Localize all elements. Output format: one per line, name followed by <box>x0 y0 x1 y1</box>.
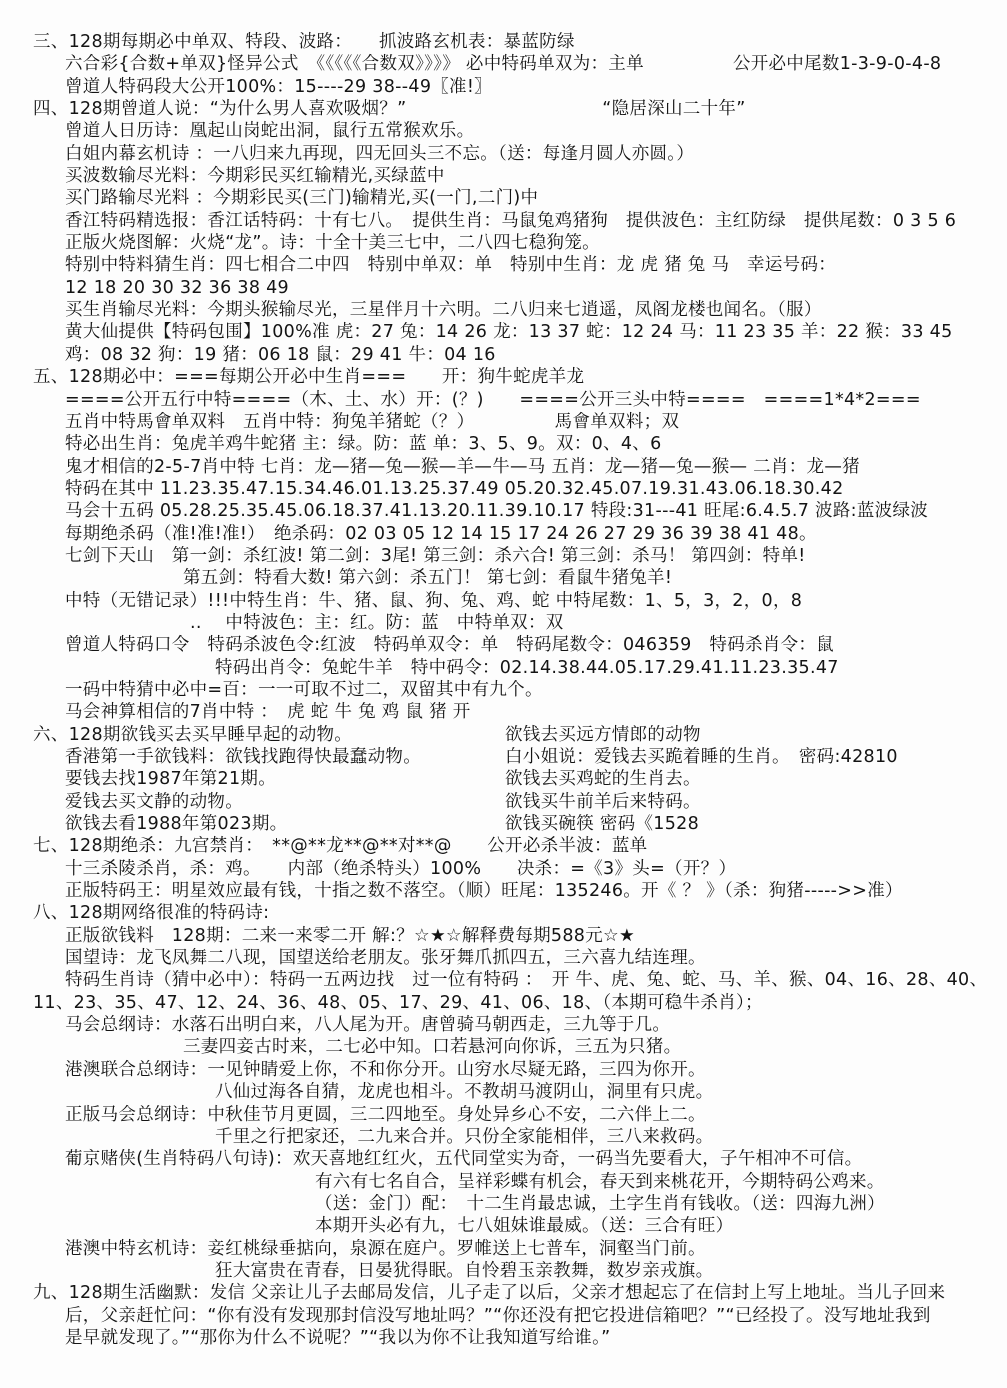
line-text-right-column: 欲钱去买远方情郎的动物 <box>505 724 701 746</box>
text-line-25: 第五剑：特看大数! 第六剑：杀五门！ 第七剑：看鼠牛猪兔羊! <box>0 567 1007 589</box>
line-text: 八仙过海各自猜，龙虎也相斗。不教胡马渡阴山，洞里有只虎。 <box>215 1082 713 1102</box>
text-line-6: 白姐内幕玄机诗 ：一八归来九再现，四无回头三不忘。（送：每逢月圆人亦圆。） <box>0 143 1007 165</box>
text-line-4: 四、128期曾道人说：“为什么男人喜欢吸烟？” “隐居深山二十年” <box>0 98 1007 120</box>
line-text: 正版马会总纲诗：中秋佳节月更圆，三二四地至。身处异乡心不安，二六伴上二。 <box>65 1105 706 1125</box>
line-text: 四、128期曾道人说：“为什么男人喜欢吸烟？” “隐居深山二十年” <box>33 99 746 119</box>
text-line-19: 特必出生肖：兔虎羊鸡牛蛇猪 主：绿。防：蓝 单：3、5、9。双：0、4、6 <box>0 433 1007 455</box>
line-text: 欲钱去看1988年第023期。 <box>65 814 287 834</box>
line-text: 有六有七名自合，呈祥彩蝶有机会，春天到来桃花开，今期特码公鸡来。 <box>315 1172 885 1192</box>
text-line-7: 买波数输尽光料：今期彩民买红输精光,买绿蓝中 <box>0 165 1007 187</box>
text-line-40: 八、128期网络很准的特码诗: <box>0 902 1007 924</box>
line-text: 七、128期绝杀：九宫禁肖： **@**龙**@**对**@ 公开必杀半波：蓝单 <box>33 836 647 856</box>
text-line-20: 鬼才相信的2-5-7肖中特 七肖：龙—猪—兔—猴—羊—牛—马 五肖：龙—猪—兔—… <box>0 456 1007 478</box>
text-line-51: 葡京赌侠(生肖特码八句诗)：欢天喜地红红火，五代同堂实为奇，一码当先要看大，子午… <box>0 1148 1007 1170</box>
line-text: 三、128期每期必中单双、特段、波路： 抓波路玄机表：暴蓝防绿 <box>33 32 575 52</box>
line-text: 每期绝杀码（准!准!准!） 绝杀码：02 03 05 12 14 15 17 2… <box>65 524 817 544</box>
line-text: 千里之行把家还，二九来合并。只份全家能相伴，三八来救码。 <box>215 1127 713 1147</box>
line-text: 特必出生肖：兔虎羊鸡牛蛇猪 主：绿。防：蓝 单：3、5、9。双：0、4、6 <box>65 434 662 454</box>
line-text: 港澳中特玄机诗：妾红桃绿垂掂向，泉源在庭户。罗帷送上七普车，洞壑当门前。 <box>65 1239 706 1259</box>
line-text: 黄大仙提供【特码包围】100%准 虎：27 兔：14 26 龙：13 37 蛇：… <box>65 322 953 342</box>
text-line-26: 中特（无错记录）!!!中特生肖：牛、猪、鼠、狗、兔、鸡、蛇 中特尾数：1、5，3… <box>0 590 1007 612</box>
line-text: 是早就发现了。”“那你为什么不说呢？”“我以为你不让我知道写给谁。” <box>65 1328 611 1348</box>
text-line-49: 正版马会总纲诗：中秋佳节月更圆，三二四地至。身处异乡心不安，二六伴上二。 <box>0 1104 1007 1126</box>
text-line-28: 曾道人特码口令 特码杀波色令:红波 特码单双令：单 特码尾数令：046359 特… <box>0 634 1007 656</box>
line-text-right-column: 白小姐说：爱钱去买跪着睡的生肖。 密码:42810 <box>505 746 898 768</box>
text-line-15: 鸡：08 32 狗：19 猪：06 18 鼠：29 41 牛：04 16 <box>0 344 1007 366</box>
line-text: 六、128期欲钱买去买早睡早起的动物。 <box>33 725 352 745</box>
text-line-59: 是早就发现了。”“那你为什么不说呢？”“我以为你不让我知道写给谁。” <box>0 1327 1007 1349</box>
text-line-16: 五、128期必中：===每期公开必中生肖=== 开：狗牛蛇虎羊龙 <box>0 366 1007 388</box>
line-text: 九、128期生活幽默：发信 父亲让儿子去邮局发信，儿子走了以后，父亲才想起忘了在… <box>33 1283 945 1303</box>
line-text: 一码中特猜中必中=百：一一可取不过二，双留其中有九个。 <box>65 680 543 700</box>
text-line-54: 本期开头必有九，七八姐妹谁最威。（送：三合有旺） <box>0 1215 1007 1237</box>
line-text: 正版欲钱料 128期：二来一来零二开 解:？☆★☆解释费每期588元☆★ <box>65 926 635 946</box>
text-line-14: 黄大仙提供【特码包围】100%准 虎：27 兔：14 26 龙：13 37 蛇：… <box>0 321 1007 343</box>
text-line-1: 三、128期每期必中单双、特段、波路： 抓波路玄机表：暴蓝防绿 <box>0 31 1007 53</box>
line-text: 五肖中特馬會单双料 五肖中特：狗兔羊猪蛇（？） 馬會单双料；双 <box>65 412 679 432</box>
line-text: 第五剑：特看大数! 第六剑：杀五门！ 第七剑：看鼠牛猪兔羊! <box>183 568 672 588</box>
text-line-31: 马会神算相信的7肖中特 ： 虎 蛇 牛 兔 鸡 鼠 猪 开 <box>0 701 1007 723</box>
line-text: 曾道人日历诗：凰起山岗蛇出洞，鼠行五常猴欢乐。 <box>65 121 474 141</box>
text-line-43: 特码生肖诗（猜中必中）：特码一五两边找 过一位有特码 ： 开 牛、虎、兔、蛇、马… <box>0 969 1007 991</box>
line-text: 买门路输尽光料 ：今期彩民买(三门)输精光,买(一门,二门)中 <box>65 188 538 208</box>
text-line-30: 一码中特猜中必中=百：一一可取不过二，双留其中有九个。 <box>0 679 1007 701</box>
line-text: 马会十五码 05.28.25.35.45.06.18.37.41.13.20.1… <box>65 501 928 521</box>
line-text: 特码生肖诗（猜中必中）：特码一五两边找 过一位有特码 ： 开 牛、虎、兔、蛇、马… <box>65 970 987 990</box>
line-text: 六合彩{合数+单双}怪异公式 《《《《《合数双》》》》 必中特码单双为：主单 公… <box>65 54 941 74</box>
line-text-right-column: 欲钱去买鸡蛇的生肖去。 <box>505 768 701 790</box>
text-line-47: 港澳联合总纲诗：一见钟睛爱上你，不和你分开。山穷水尽疑无路，三四为你开。 <box>0 1059 1007 1081</box>
text-line-46: 三妻四妾古时来，二七必中知。口若悬河向你诉，三五为只猪。 <box>0 1036 1007 1058</box>
text-line-50: 千里之行把家还，二九来合并。只份全家能相伴，三八来救码。 <box>0 1126 1007 1148</box>
text-line-33: 香港第一手欲钱料：欲钱找跑得快最蠢动物。白小姐说：爱钱去买跪着睡的生肖。 密码:… <box>0 746 1007 768</box>
text-line-36: 欲钱去看1988年第023期。欲钱买碗筷 密码《1528 <box>0 813 1007 835</box>
line-text: 鬼才相信的2-5-7肖中特 七肖：龙—猪—兔—猴—羊—牛—马 五肖：龙—猪—兔—… <box>65 457 860 477</box>
line-text: 国望诗：龙飞凤舞二八现，国望送给老朋友。张牙舞爪抓四五，三六喜九结连理。 <box>65 948 706 968</box>
line-text-right-column: 欲钱买碗筷 密码《1528 <box>505 813 699 835</box>
text-line-27: .. 中特波色：主：红。防：蓝 中特单双：双 <box>0 612 1007 634</box>
line-text: 特码出肖令：兔蛇牛羊 特中码令：02.14.38.44.05.17.29.41.… <box>215 658 839 678</box>
line-text: 正版特码王：明星效应最有钱，十指之数不落空。（顺）旺尾：135246。开《 ？ … <box>65 881 903 901</box>
line-text: 马会总纲诗：水落石出明白来，八人尾为开。唐曾骑马朝西走，三九等于几。 <box>65 1015 670 1035</box>
line-text: 三妻四妾古时来，二七必中知。口若悬河向你诉，三五为只猪。 <box>183 1037 681 1057</box>
text-line-11: 特别中特料猜生肖：四七相合二中四 特别中单双：单 特别中生肖：龙 虎 猪 兔 马… <box>0 254 1007 276</box>
text-line-34: 要钱去找1987年第21期。欲钱去买鸡蛇的生肖去。 <box>0 768 1007 790</box>
line-text: .. 中特波色：主：红。防：蓝 中特单双：双 <box>190 613 564 633</box>
text-line-45: 马会总纲诗：水落石出明白来，八人尾为开。唐曾骑马朝西走，三九等于几。 <box>0 1014 1007 1036</box>
line-text: 五、128期必中：===每期公开必中生肖=== 开：狗牛蛇虎羊龙 <box>33 367 584 387</box>
text-line-37: 七、128期绝杀：九宫禁肖： **@**龙**@**对**@ 公开必杀半波：蓝单 <box>0 835 1007 857</box>
text-line-10: 正版火烧图解：火烧“龙”。诗：十全十美三七中，二八四七稳狗笼。 <box>0 232 1007 254</box>
text-line-55: 港澳中特玄机诗：妾红桃绿垂掂向，泉源在庭户。罗帷送上七普车，洞壑当门前。 <box>0 1238 1007 1260</box>
line-text: 爱钱去买文静的动物。 <box>65 792 243 812</box>
text-line-58: 后，父亲赶忙问：“你有没有发现那封信没写地址吗？”“你还没有把它投进信箱吧？”“… <box>0 1305 1007 1327</box>
text-line-29: 特码出肖令：兔蛇牛羊 特中码令：02.14.38.44.05.17.29.41.… <box>0 657 1007 679</box>
text-line-42: 国望诗：龙飞凤舞二八现，国望送给老朋友。张牙舞爪抓四五，三六喜九结连理。 <box>0 947 1007 969</box>
text-line-52: 有六有七名自合，呈祥彩蝶有机会，春天到来桃花开，今期特码公鸡来。 <box>0 1171 1007 1193</box>
text-line-18: 五肖中特馬會单双料 五肖中特：狗兔羊猪蛇（？） 馬會单双料；双 <box>0 411 1007 433</box>
line-text: 港澳联合总纲诗：一见钟睛爱上你，不和你分开。山穷水尽疑无路，三四为你开。 <box>65 1060 706 1080</box>
text-line-21: 特码在其中 11.23.35.47.15.34.46.01.13.25.37.4… <box>0 478 1007 500</box>
text-line-2: 六合彩{合数+单双}怪异公式 《《《《《合数双》》》》 必中特码单双为：主单 公… <box>0 53 1007 75</box>
line-text: 特别中特料猜生肖：四七相合二中四 特别中单双：单 特别中生肖：龙 虎 猪 兔 马… <box>65 255 836 275</box>
text-line-5: 曾道人日历诗：凰起山岗蛇出洞，鼠行五常猴欢乐。 <box>0 120 1007 142</box>
line-text: 香港第一手欲钱料：欲钱找跑得快最蠢动物。 <box>65 747 421 767</box>
line-text: 马会神算相信的7肖中特 ： 虎 蛇 牛 兔 鸡 鼠 猪 开 <box>65 702 471 722</box>
line-text: 白姐内幕玄机诗 ：一八归来九再现，四无回头三不忘。（送：每逢月圆人亦圆。） <box>65 144 694 164</box>
line-text: 特码在其中 11.23.35.47.15.34.46.01.13.25.37.4… <box>65 479 844 499</box>
line-text: 八、128期网络很准的特码诗: <box>33 903 269 923</box>
text-line-22: 马会十五码 05.28.25.35.45.06.18.37.41.13.20.1… <box>0 500 1007 522</box>
line-text: 后，父亲赶忙问：“你有没有发现那封信没写地址吗？”“你还没有把它投进信箱吧？”“… <box>65 1306 931 1326</box>
line-text: 七剑下天山 第一剑：杀红波! 第二剑：3尾! 第三剑：杀六合! 第三剑：杀马！ … <box>65 546 806 566</box>
line-text: 曾道人特码口令 特码杀波色令:红波 特码单双令：单 特码尾数令：046359 特… <box>65 635 834 655</box>
text-line-12: 12 18 20 30 32 36 38 49 <box>0 277 1007 299</box>
text-line-41: 正版欲钱料 128期：二来一来零二开 解:？☆★☆解释费每期588元☆★ <box>0 925 1007 947</box>
line-text: 鸡：08 32 狗：19 猪：06 18 鼠：29 41 牛：04 16 <box>65 345 496 365</box>
lottery-tip-sheet: 三、128期每期必中单双、特段、波路： 抓波路玄机表：暴蓝防绿六合彩{合数+单双… <box>0 0 1007 1388</box>
text-line-32: 六、128期欲钱买去买早睡早起的动物。欲钱去买远方情郎的动物 <box>0 724 1007 746</box>
text-line-23: 每期绝杀码（准!准!准!） 绝杀码：02 03 05 12 14 15 17 2… <box>0 523 1007 545</box>
text-line-57: 九、128期生活幽默：发信 父亲让儿子去邮局发信，儿子走了以后，父亲才想起忘了在… <box>0 1282 1007 1304</box>
text-line-56: 狂大富贵在青春，日晏犹得眠。自怜碧玉亲教舞，数岁亲戎旗。 <box>0 1260 1007 1282</box>
line-text: ====公开五行中特====（木、土、水）开：(？) ====公开三头中特===… <box>65 390 921 410</box>
line-text: 本期开头必有九，七八姐妹谁最威。（送：三合有旺） <box>315 1216 733 1236</box>
text-line-13: 买生肖输尽光料：今期头猴输尽光，三星伴月十六明。二八归来七逍遥，凤阁龙楼也闻名。… <box>0 299 1007 321</box>
text-line-53: （送：金门）配： 十二生肖最忠诚，土字生肖有钱收。（送：四海九洲） <box>0 1193 1007 1215</box>
line-text-right-column: 欲钱买牛前羊后来特码。 <box>505 791 701 813</box>
text-line-38: 十三杀陵杀肖，杀：鸡。 内部（绝杀特头）100% 决杀：=《3》头=（开？） <box>0 858 1007 880</box>
line-text: 十三杀陵杀肖，杀：鸡。 内部（绝杀特头）100% 决杀：=《3》头=（开？） <box>65 859 736 879</box>
document-body: 三、128期每期必中单双、特段、波路： 抓波路玄机表：暴蓝防绿六合彩{合数+单双… <box>0 0 1007 1349</box>
text-line-3: 曾道人特码段大公开100%：15----29 38--49〖准!〗 <box>0 76 1007 98</box>
text-line-9: 香江特码精选报：香江话特码：十有七八。 提供生肖：马鼠兔鸡猪狗 提供波色：主红防… <box>0 210 1007 232</box>
text-line-35: 爱钱去买文静的动物。欲钱买牛前羊后来特码。 <box>0 791 1007 813</box>
line-text: 葡京赌侠(生肖特码八句诗)：欢天喜地红红火，五代同堂实为奇，一码当先要看大，子午… <box>65 1149 862 1169</box>
line-text: 11、23、35、47、12、24、36、48、05、17、29、41、06、1… <box>33 993 763 1013</box>
line-text: 中特（无错记录）!!!中特生肖：牛、猪、鼠、狗、兔、鸡、蛇 中特尾数：1、5，3… <box>65 591 802 611</box>
text-line-39: 正版特码王：明星效应最有钱，十指之数不落空。（顺）旺尾：135246。开《 ？ … <box>0 880 1007 902</box>
text-line-24: 七剑下天山 第一剑：杀红波! 第二剑：3尾! 第三剑：杀六合! 第三剑：杀马！ … <box>0 545 1007 567</box>
line-text: （送：金门）配： 十二生肖最忠诚，土字生肖有钱收。（送：四海九洲） <box>315 1194 885 1214</box>
line-text: 买生肖输尽光料：今期头猴输尽光，三星伴月十六明。二八归来七逍遥，凤阁龙楼也闻名。… <box>65 300 822 320</box>
line-text: 曾道人特码段大公开100%：15----29 38--49〖准!〗 <box>65 77 492 97</box>
line-text: 正版火烧图解：火烧“龙”。诗：十全十美三七中，二八四七稳狗笼。 <box>65 233 600 253</box>
text-line-8: 买门路输尽光料 ：今期彩民买(三门)输精光,买(一门,二门)中 <box>0 187 1007 209</box>
text-line-48: 八仙过海各自猜，龙虎也相斗。不教胡马渡阴山，洞里有只虎。 <box>0 1081 1007 1103</box>
line-text: 狂大富贵在青春，日晏犹得眠。自怜碧玉亲教舞，数岁亲戎旗。 <box>215 1261 713 1281</box>
line-text: 香江特码精选报：香江话特码：十有七八。 提供生肖：马鼠兔鸡猪狗 提供波色：主红防… <box>65 211 956 231</box>
line-text: 买波数输尽光料：今期彩民买红输精光,买绿蓝中 <box>65 166 445 186</box>
text-line-17: ====公开五行中特====（木、土、水）开：(？) ====公开三头中特===… <box>0 389 1007 411</box>
line-text: 要钱去找1987年第21期。 <box>65 769 276 789</box>
text-line-44: 11、23、35、47、12、24、36、48、05、17、29、41、06、1… <box>0 992 1007 1014</box>
line-text: 12 18 20 30 32 36 38 49 <box>65 278 289 298</box>
